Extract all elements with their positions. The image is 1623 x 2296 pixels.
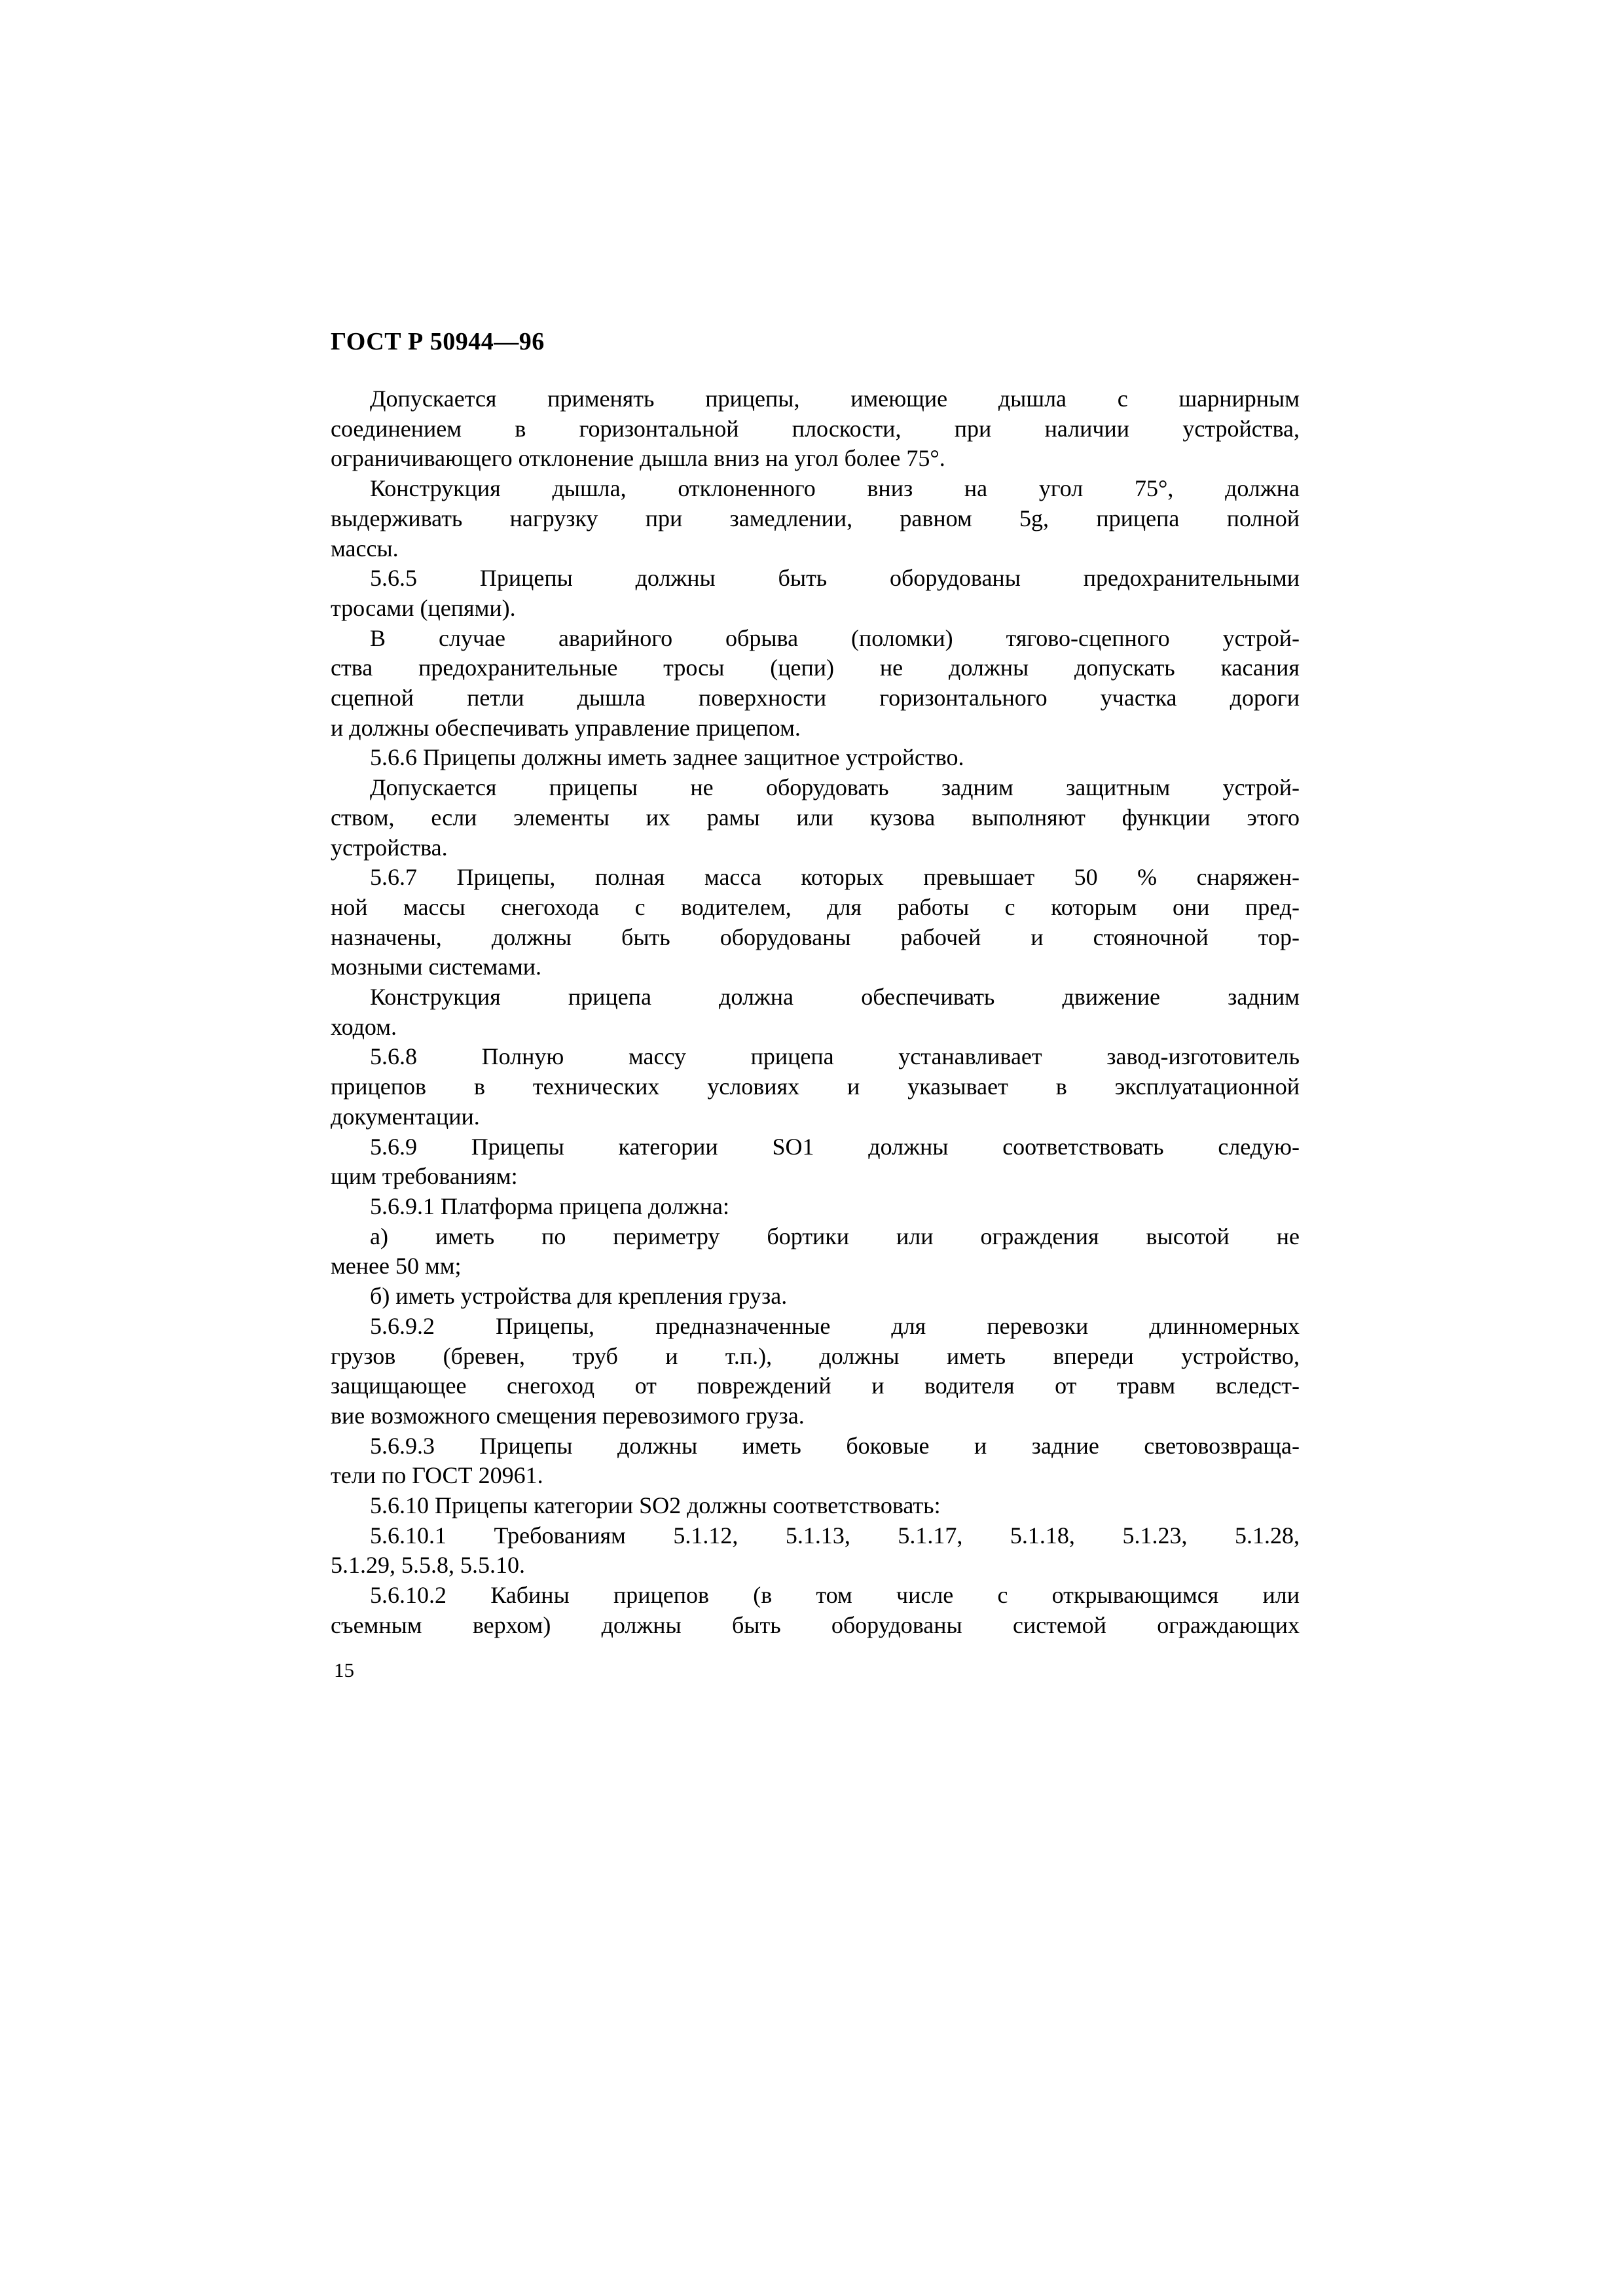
text-line: 5.6.8 Полную массу прицепа устанавливает… xyxy=(331,1042,1300,1072)
paragraph: В случае аварийного обрыва (поломки) тяг… xyxy=(331,624,1300,744)
text-line: 5.6.10 Прицепы категории SO2 должны соот… xyxy=(331,1491,1300,1521)
text-line: Допускается применять прицепы, имеющие д… xyxy=(331,384,1300,414)
text-line: тросами (цепями). xyxy=(331,594,1300,624)
paragraph: 5.6.7 Прицепы, полная масса которых прев… xyxy=(331,863,1300,982)
document-page: ГОСТ Р 50944—96 Допускается применять пр… xyxy=(0,0,1623,2296)
paragraph: 5.6.10.1 Требованиям 5.1.12, 5.1.13, 5.1… xyxy=(331,1521,1300,1581)
text-line: 5.6.9.3 Прицепы должны иметь боковые и з… xyxy=(331,1431,1300,1462)
text-line: назначены, должны быть оборудованы рабоч… xyxy=(331,923,1300,953)
text-line: вие возможного смещения перевозимого гру… xyxy=(331,1401,1300,1431)
paragraph: 5.6.8 Полную массу прицепа устанавливает… xyxy=(331,1042,1300,1132)
text-line: ограничивающего отклонение дышла вниз на… xyxy=(331,444,1300,474)
text-line: тели по ГОСТ 20961. xyxy=(331,1461,1300,1491)
paragraph: Допускается применять прицепы, имеющие д… xyxy=(331,384,1300,474)
text-line: 5.6.10.1 Требованиям 5.1.12, 5.1.13, 5.1… xyxy=(331,1521,1300,1551)
text-line: Допускается прицепы не оборудовать задни… xyxy=(331,773,1300,803)
text-line: устройства. xyxy=(331,833,1300,863)
paragraph: 5.6.9.3 Прицепы должны иметь боковые и з… xyxy=(331,1431,1300,1491)
text-line: документации. xyxy=(331,1102,1300,1132)
document-body: Допускается применять прицепы, имеющие д… xyxy=(331,384,1300,1641)
paragraph: 5.6.10 Прицепы категории SO2 должны соот… xyxy=(331,1491,1300,1521)
paragraph: 5.6.9 Прицепы категории SO1 должны соотв… xyxy=(331,1132,1300,1192)
standard-designation-header: ГОСТ Р 50944—96 xyxy=(331,327,545,356)
paragraph: Конструкция прицепа должна обеспечивать … xyxy=(331,982,1300,1042)
text-line: соединением в горизонтальной плоскости, … xyxy=(331,414,1300,444)
paragraph: Допускается прицепы не оборудовать задни… xyxy=(331,773,1300,863)
text-line: Конструкция дышла, отклоненного вниз на … xyxy=(331,474,1300,504)
page-number: 15 xyxy=(334,1659,354,1682)
text-line: Конструкция прицепа должна обеспечивать … xyxy=(331,982,1300,1013)
text-line: 5.6.10.2 Кабины прицепов (в том числе с … xyxy=(331,1581,1300,1611)
paragraph: 5.6.10.2 Кабины прицепов (в том числе с … xyxy=(331,1581,1300,1640)
text-line: 5.6.5 Прицепы должны быть оборудованы пр… xyxy=(331,564,1300,594)
paragraph: 5.6.5 Прицепы должны быть оборудованы пр… xyxy=(331,564,1300,623)
paragraph: 5.6.9.2 Прицепы, предназначенные для пер… xyxy=(331,1312,1300,1431)
text-line: ством, если элементы их рамы или кузова … xyxy=(331,803,1300,833)
text-line: 5.6.9.2 Прицепы, предназначенные для пер… xyxy=(331,1312,1300,1342)
paragraph: 5.6.9.1 Платформа прицепа должна: xyxy=(331,1192,1300,1222)
text-line: ства предохранительные тросы (цепи) не д… xyxy=(331,653,1300,683)
text-line: грузов (бревен, труб и т.п.), должны име… xyxy=(331,1342,1300,1372)
paragraph: Конструкция дышла, отклоненного вниз на … xyxy=(331,474,1300,564)
text-line: выдерживать нагрузку при замедлении, рав… xyxy=(331,504,1300,534)
text-line: 5.6.7 Прицепы, полная масса которых прев… xyxy=(331,863,1300,893)
text-line: 5.6.9 Прицепы категории SO1 должны соотв… xyxy=(331,1132,1300,1162)
text-line: съемным верхом) должны быть оборудованы … xyxy=(331,1611,1300,1641)
text-line: 5.6.6 Прицепы должны иметь заднее защитн… xyxy=(331,743,1300,773)
text-line: В случае аварийного обрыва (поломки) тяг… xyxy=(331,624,1300,654)
text-line: и должны обеспечивать управление прицепо… xyxy=(331,713,1300,744)
text-line: сцепной петли дышла поверхности горизонт… xyxy=(331,683,1300,713)
text-line: мозными системами. xyxy=(331,952,1300,982)
text-line: а) иметь по периметру бортики или огражд… xyxy=(331,1222,1300,1252)
text-line: б) иметь устройства для крепления груза. xyxy=(331,1282,1300,1312)
text-line: ной массы снегохода с водителем, для раб… xyxy=(331,893,1300,923)
text-line: прицепов в технических условиях и указыв… xyxy=(331,1072,1300,1102)
paragraph: а) иметь по периметру бортики или огражд… xyxy=(331,1222,1300,1282)
paragraph: 5.6.6 Прицепы должны иметь заднее защитн… xyxy=(331,743,1300,773)
text-line: ходом. xyxy=(331,1013,1300,1043)
text-line: 5.6.9.1 Платформа прицепа должна: xyxy=(331,1192,1300,1222)
paragraph: б) иметь устройства для крепления груза. xyxy=(331,1282,1300,1312)
text-line: 5.1.29, 5.5.8, 5.5.10. xyxy=(331,1551,1300,1581)
text-line: щим требованиям: xyxy=(331,1162,1300,1192)
text-line: менее 50 мм; xyxy=(331,1251,1300,1282)
text-line: защищающее снегоход от повреждений и вод… xyxy=(331,1371,1300,1401)
text-line: массы. xyxy=(331,534,1300,564)
